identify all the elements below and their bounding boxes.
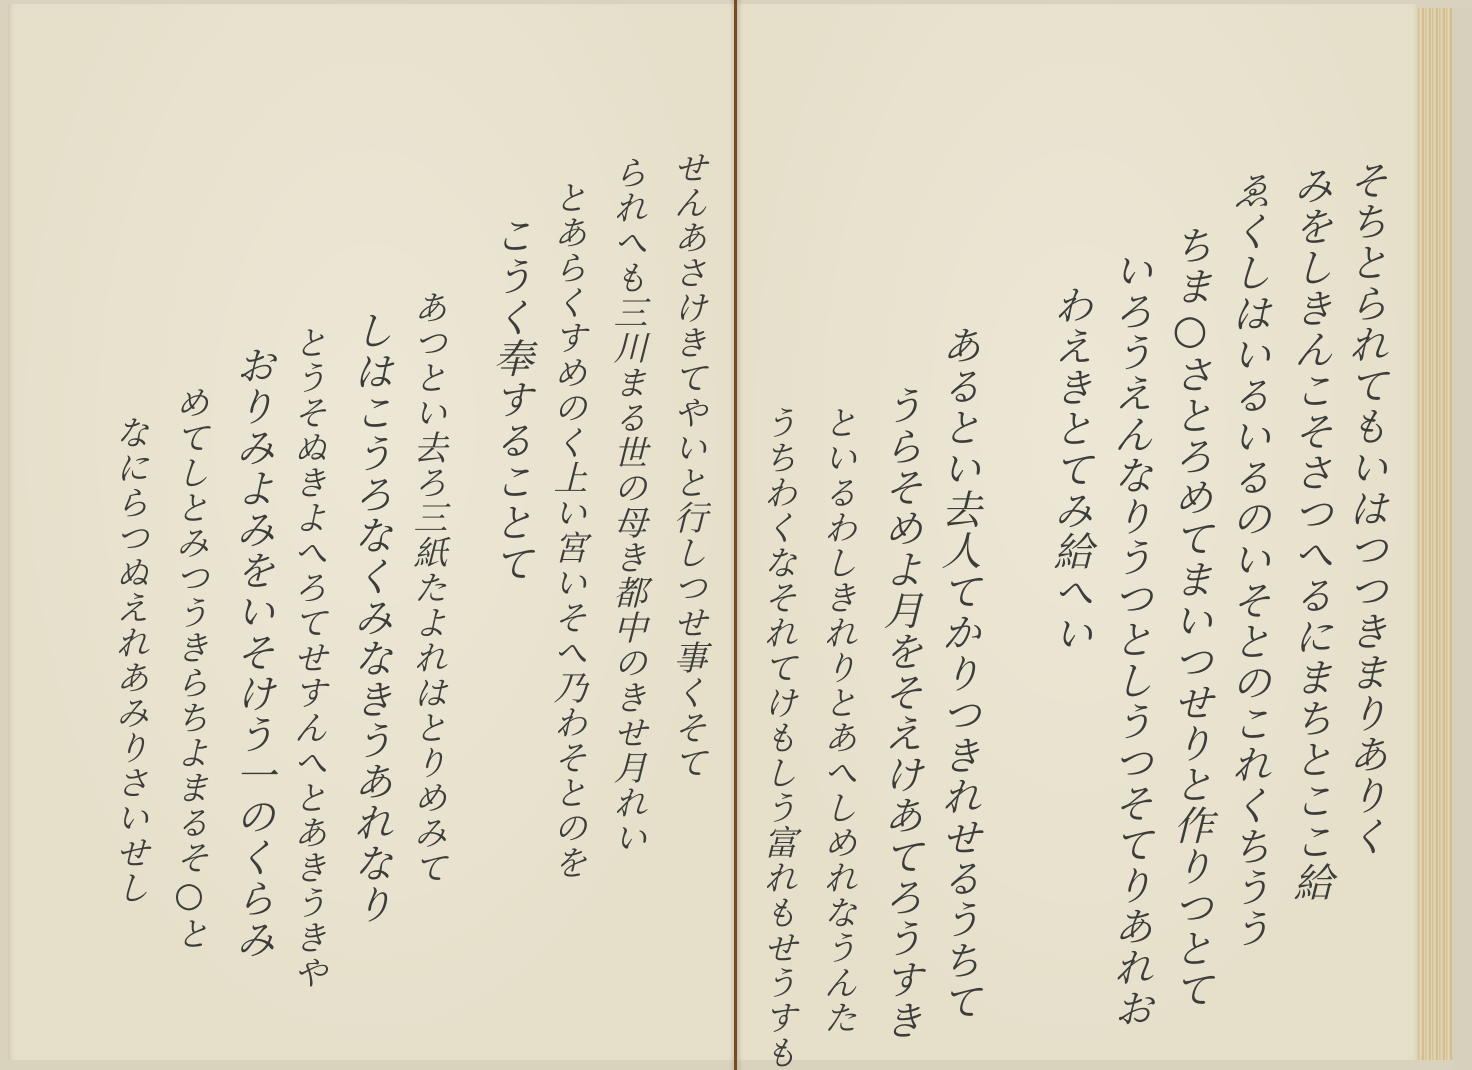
text-column: めてしとみつうきらちよまるそ○と: [172, 385, 206, 951]
text-column: こうく奉することて: [490, 215, 530, 584]
text-column: といるわしきれりとあへしめれなうんた: [820, 405, 854, 1035]
text-column: とうそぬきよへろてせすんへとあきうきや: [290, 325, 324, 990]
book-cover-edge: [1452, 8, 1472, 1070]
text-column: そちとられてもいはつつきまりありく: [1345, 160, 1385, 857]
text-column: しはこうろなくみなきうあれなり: [350, 310, 390, 925]
book-spine: [734, 0, 737, 1070]
text-column: おりみよみをいそけう一のくらみ: [232, 345, 272, 960]
text-column: られへも三川まる世の母き都中のきせ月れい: [610, 155, 644, 855]
text-column: うらそめよ月をそえけあてろうすき: [880, 385, 920, 1041]
text-column: あるとい去人てかりつきれせるうちて: [938, 325, 978, 1022]
text-column: あつとい去ろ三紙たよれはとりめみて: [410, 290, 444, 885]
page-stack-edge: [1418, 8, 1454, 1060]
text-column: わえきとてみ給へい: [1050, 285, 1090, 654]
text-column: なにらつぬえれあみりさいせし: [112, 415, 146, 905]
text-column: ちま○さとろめてまいつせりと作りつとて: [1170, 225, 1210, 1010]
text-column: せんあさけきてやいと行しつせ事くそて: [670, 150, 704, 780]
text-column: とあらくすめのく上い宮いそへ乃わそとのを: [550, 180, 584, 880]
text-column: みをしきんこそさつへるにまちとここ給: [1290, 165, 1330, 903]
text-column: うちわくなそれてけもしう富れもせうすも: [760, 405, 794, 1070]
text-column: いろうえんなりうつとしうつそてりあれお: [1110, 250, 1150, 1029]
text-column: ゑくしはいるいるのいそとのこれくちうう: [1228, 170, 1268, 949]
